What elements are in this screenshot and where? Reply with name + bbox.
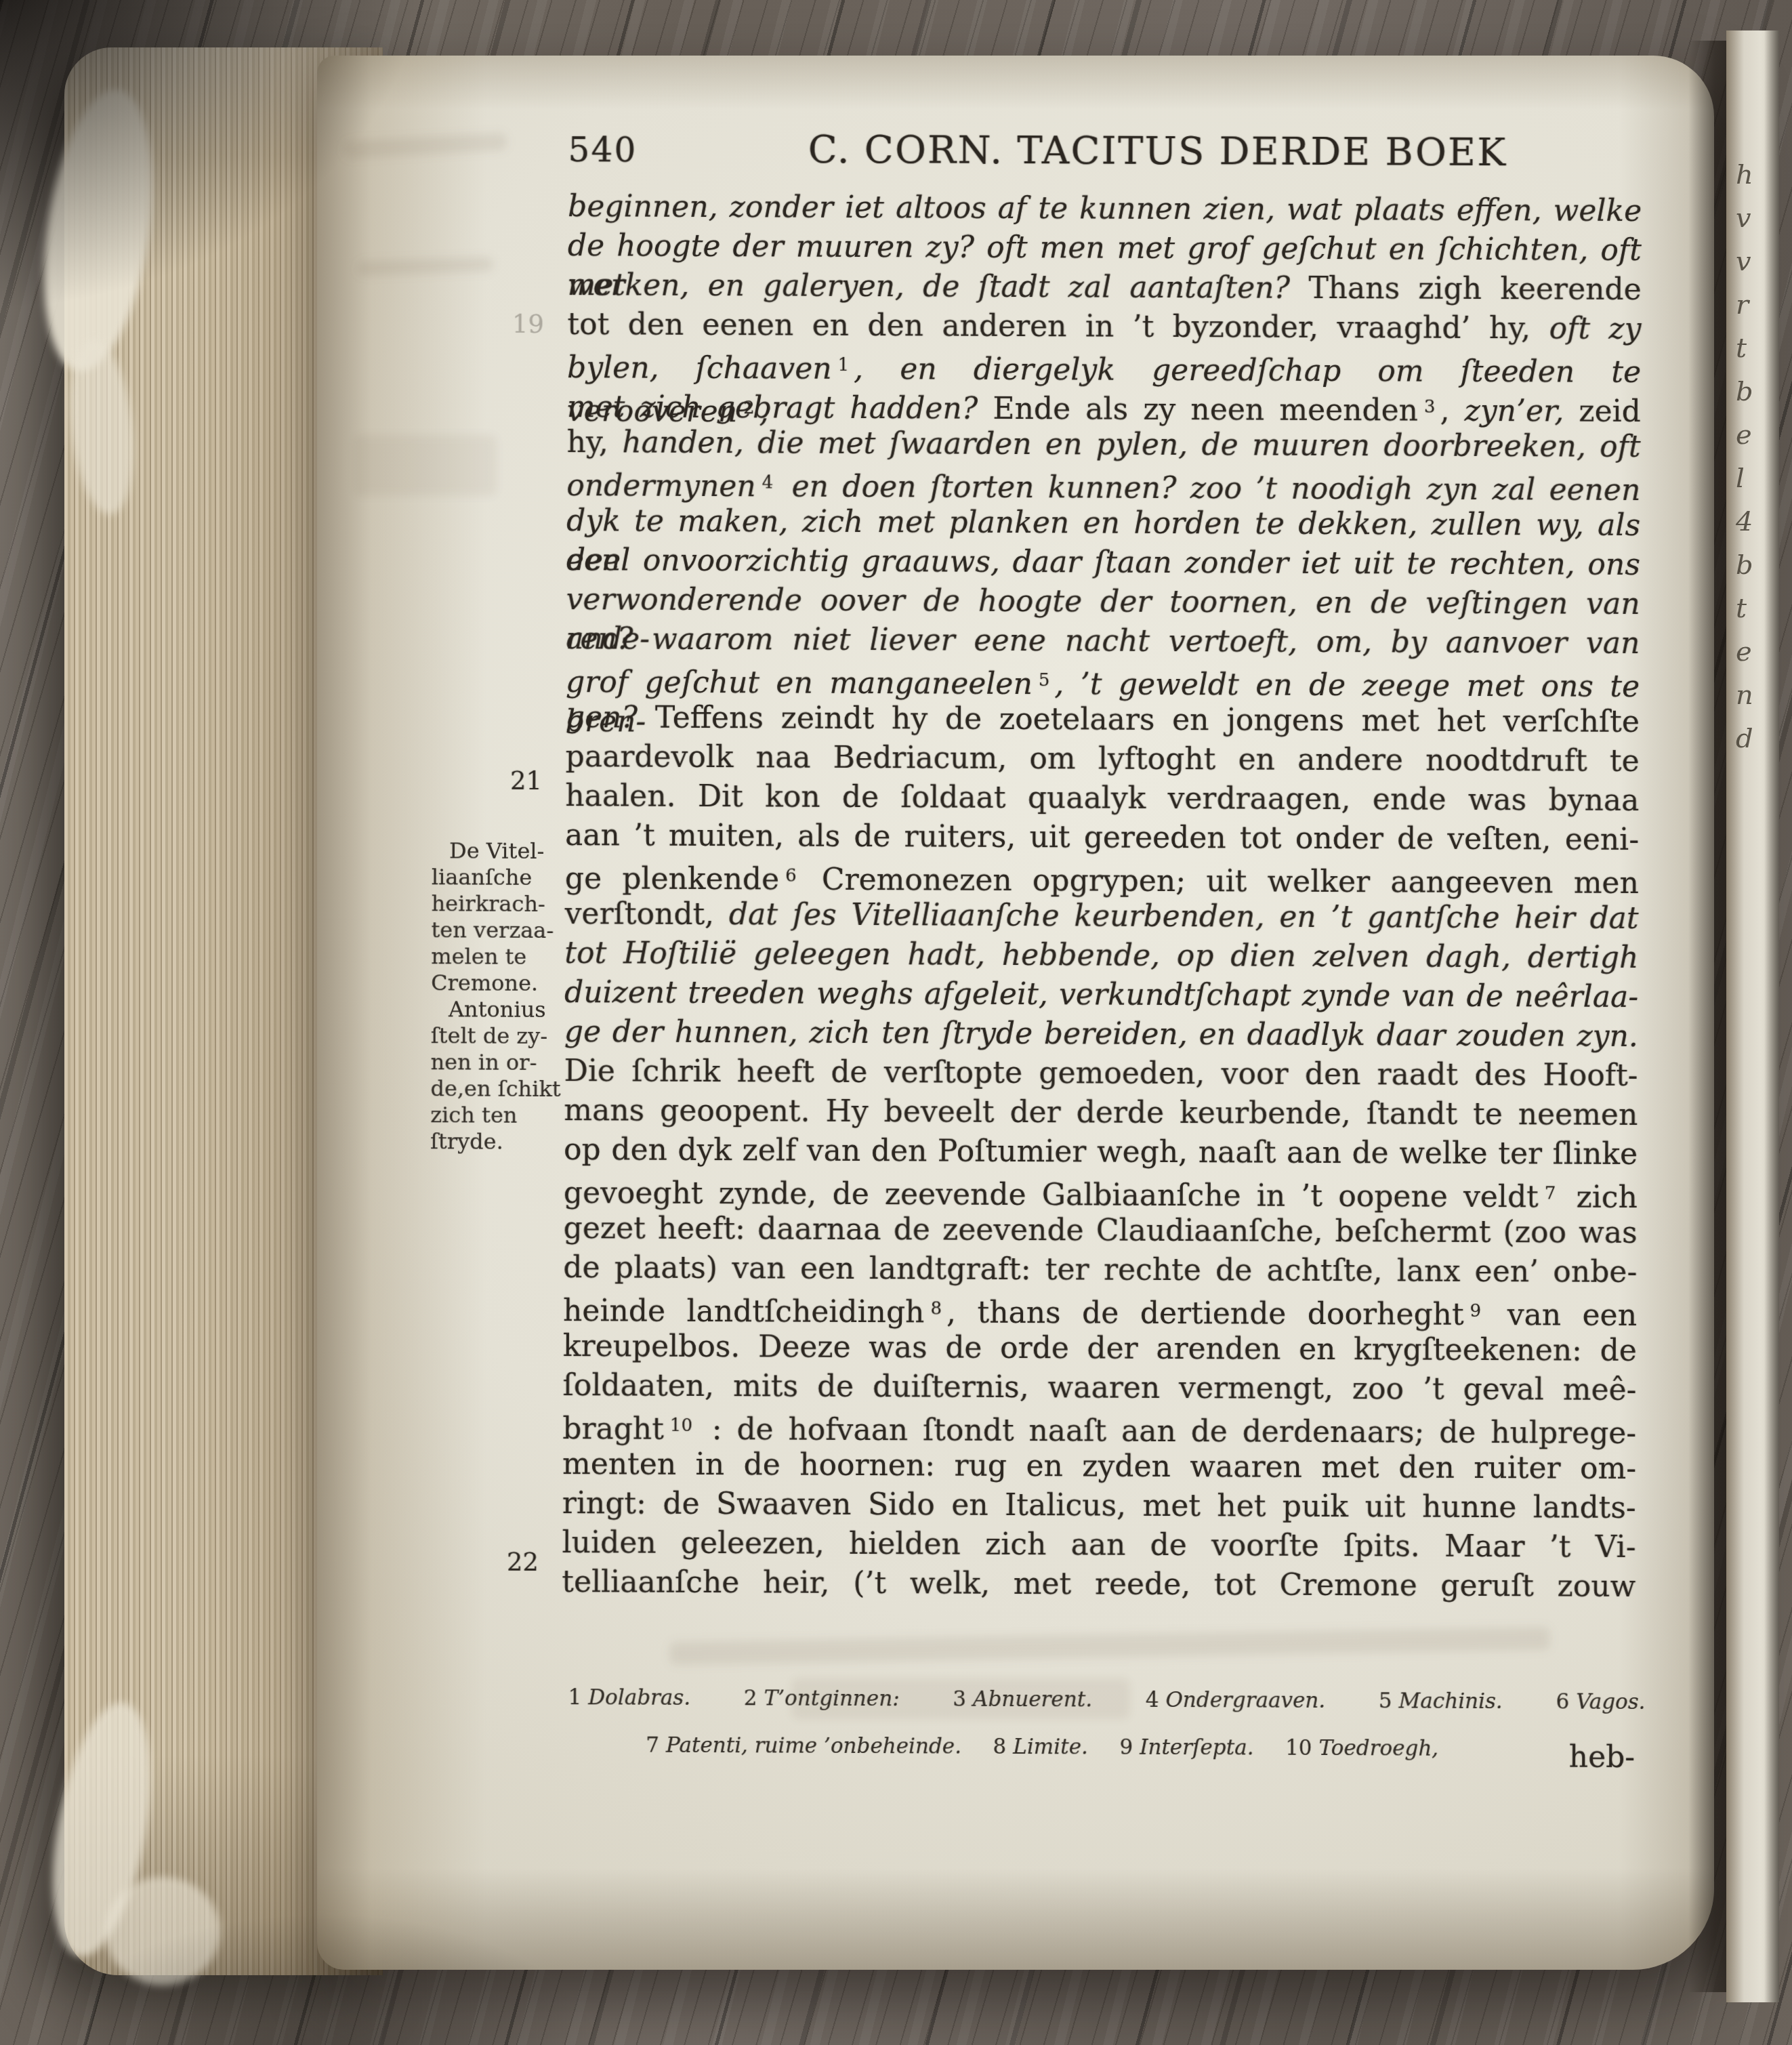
footnote-entry: 3Abnuerent. — [953, 1687, 1092, 1712]
margin-note-line: ten verzaa- — [431, 917, 553, 944]
worn-paper-edge — [62, 336, 142, 518]
body-line: braght10 : de hofvaan ſtondt naaſt aan d… — [562, 1405, 1636, 1449]
facing-page-letter-fragment: n — [1736, 680, 1776, 711]
body-line: ringt: de Swaaven Sido en Italicus, met … — [562, 1484, 1636, 1528]
body-line: de hoogte der muuren zy? oft men met gro… — [568, 226, 1642, 270]
facing-page-letter-fragment: r — [1736, 289, 1776, 321]
footnote-entry: 5Machinis. — [1379, 1689, 1503, 1714]
running-title: C. CORN. TACITUS DERDE BOEK — [669, 127, 1645, 175]
body-line: paardevolk naa Bedriacum, om lyftoght en… — [566, 737, 1640, 781]
facing-page-letter-fragment: 4 — [1736, 506, 1776, 537]
body-line: tot Hoſtilië geleegen hadt, hebbende, op… — [564, 934, 1638, 978]
margin-note-line: heirkrach- — [432, 890, 554, 917]
body-line: gevoeght zynde, de zeevende Galbiaanſche… — [564, 1170, 1638, 1214]
footnote-row: 1Dolabras.2T’ontginnen:3Abnuerent.4Onder… — [568, 1685, 1646, 1714]
book-page: 540 C. CORN. TACITUS DERDE BOEK 19 21 22… — [317, 56, 1714, 1970]
margin-section-number: 22 — [492, 1548, 553, 1577]
margin-note-line: Cremone. — [431, 970, 553, 997]
body-line: grof geſchut en manganeelen5, ’t geweldt… — [566, 659, 1640, 703]
body-line: kreupelbos. Deeze was de orde der arende… — [563, 1327, 1637, 1371]
body-line: ondermynen4 en doen ſtorten kunnen? zoo … — [566, 462, 1640, 506]
body-line: haalen. Dit kon de ſoldaat quaalyk verdr… — [565, 777, 1639, 821]
margin-note-line: de,en ſchikt — [430, 1075, 552, 1102]
body-line: telliaanſche heir, (’t welk, met reede, … — [562, 1563, 1635, 1607]
body-line: aan ’t muiten, als de ruiters, uit geree… — [565, 816, 1639, 860]
facing-page-letter-fragment: b — [1736, 550, 1776, 581]
body-line: gezet heeft: daarnaa de zeevende Claudia… — [563, 1209, 1637, 1253]
body-line: op den dyk zelf van den Poſtumier wegh, … — [564, 1130, 1638, 1174]
body-line: werken, en galeryen, de ſtadt zal aantaſ… — [568, 266, 1642, 310]
margin-note: De Vitel-liaanſcheheirkrach-ten verzaa-m… — [430, 838, 554, 1155]
body-line: met zich gebragt hadden? Ende als zy nee… — [567, 384, 1641, 428]
facing-page-sliver: hvvrtbel4btend — [1726, 30, 1779, 2002]
footnote-entry: 10Toedroegh, — [1285, 1736, 1438, 1761]
body-line: hy, handen, die met ſwaarden en pylen, d… — [567, 423, 1641, 467]
footnote-row: 7Patenti, ruime ’onbeheinde.8Limite.9Int… — [646, 1733, 1438, 1761]
body-line: heinde landtſcheidingh8, thans de dertie… — [563, 1287, 1637, 1331]
body-line: verſtondt, dat ſes Vitelliaanſche keurbe… — [565, 894, 1639, 938]
body-line: mans geoopent. Hy beveelt der derde keur… — [564, 1091, 1638, 1135]
footnote-entry: 4Ondergraaven. — [1146, 1688, 1326, 1713]
margin-note-line: ſtelt de zy- — [431, 1023, 553, 1050]
page-header: 540 C. CORN. TACITUS DERDE BOEK — [568, 127, 1645, 175]
facing-page-letter-fragment: b — [1736, 376, 1776, 407]
margin-note-line: zich ten — [430, 1102, 552, 1129]
margin-section-number: 19 — [497, 310, 558, 339]
margin-note-line: melen te — [431, 943, 553, 970]
footnote-entry: 9Interſepta. — [1119, 1735, 1253, 1760]
facing-page-letter-fragment: l — [1736, 463, 1776, 494]
body-line: ge der hunnen, zich ten ſtryde bereiden,… — [564, 1012, 1638, 1056]
margin-note-line: De Vitel- — [432, 838, 554, 865]
footnote-entry: 2T’ontginnen: — [744, 1686, 900, 1711]
body-line: gen? Teffens zeindt hy de zoetelaars en … — [566, 698, 1640, 742]
body-line: deel onvoorzichtig graauws, daar ſtaan z… — [566, 541, 1640, 585]
body-line: ren? waarom niet liever eene nacht verto… — [566, 619, 1640, 663]
body-line: verwonderende oover de hoogte der toorne… — [566, 580, 1640, 624]
body-line: menten in de hoornen: rug en zyden waare… — [562, 1445, 1636, 1489]
facing-page-letter-fragment: t — [1736, 593, 1776, 624]
body-line: beginnen, zonder iet altoos af te kunnen… — [568, 187, 1642, 231]
body-line: ſoldaaten, mits de duiſternis, waaren ve… — [562, 1366, 1636, 1410]
facing-page-letter-fragment: e — [1736, 419, 1776, 451]
body-line: luiden geleezen, hielden zich aan de voo… — [562, 1523, 1635, 1567]
margin-note-line: Antonius — [431, 996, 553, 1023]
facing-page-letter-fragment: t — [1736, 333, 1776, 364]
margin-note-line: nen in or- — [431, 1049, 553, 1076]
footnote-entry: 6Vagos. — [1556, 1689, 1645, 1714]
page-number: 540 — [568, 130, 669, 170]
table-edge-shadow — [1764, 30, 1779, 2002]
margin-note-line: ſtryde. — [430, 1128, 552, 1155]
margin-note-line: liaanſche — [432, 864, 554, 891]
body-text: beginnen, zonder iet altoos af te kunnen… — [562, 187, 1642, 1607]
footnote-entry: 1Dolabras. — [568, 1685, 691, 1710]
body-line: ge plenkende6 Cremonezen opgrypen; uit w… — [565, 855, 1639, 899]
body-line: dyk te maken, zich met planken en horden… — [566, 501, 1640, 545]
facing-page-letter-fragment: d — [1736, 723, 1776, 754]
body-line: duizent treeden weghs afgeleit, verkundt… — [564, 973, 1638, 1017]
worn-paper-edge — [105, 1877, 220, 1985]
margin-section-number: 21 — [495, 766, 556, 796]
footnote-entry: 7Patenti, ruime ’onbeheinde. — [646, 1733, 961, 1759]
body-line: de plaats) van een landtgraft: ter recht… — [563, 1248, 1637, 1292]
facing-page-letter-fragment: h — [1736, 159, 1776, 190]
printed-text-layer: 540 C. CORN. TACITUS DERDE BOEK 19 21 22… — [313, 53, 1718, 1973]
facing-page-letter-fragment: v — [1736, 203, 1776, 234]
body-line: tot den eenen en den anderen in ’t byzon… — [567, 305, 1641, 349]
footnote-entry: 8Limite. — [993, 1735, 1088, 1760]
facing-page-letter-fragment: e — [1736, 636, 1776, 667]
facing-page-letter-fragment: v — [1736, 246, 1776, 277]
body-line: Die ſchrik heeft de verſtopte gemoeden, … — [564, 1052, 1638, 1096]
page-gutter-shadow — [1688, 41, 1726, 1992]
body-line: bylen, ſchaaven1, en diergelyk gereedſch… — [567, 344, 1641, 388]
